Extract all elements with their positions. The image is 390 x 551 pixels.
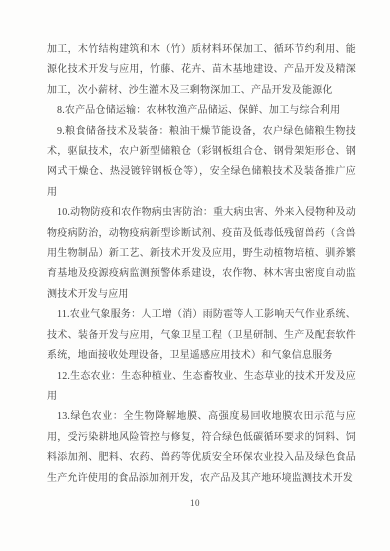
paragraph: 加工，木竹结构建筑和木（竹）质材料环保加工、循环节约利用、能源化技术开发与应用，… (47, 40, 356, 101)
paragraph: 13.绿色农业：全生物降解地膜、高强度易回收地膜农田示范与应用，受污染耕地风险管… (47, 407, 356, 489)
document-page: 加工，木竹结构建筑和木（竹）质材料环保加工、循环节约利用、能源化技术开发与应用，… (0, 0, 390, 551)
paragraph: 12.生态农业：生态种植业、生态畜牧业、生态草业的技术开发及应用 (47, 367, 356, 408)
paragraph: 8.农产品仓储运输：农林牧渔产品储运、保鲜、加工与综合利用 (47, 101, 356, 121)
paragraph: 9.粮食储备技术及装备：粮油干燥节能设备，农户绿色储粮生物技术，驱鼠技术，农户新… (47, 122, 356, 204)
page-number: 10 (0, 498, 390, 508)
paragraph: 11.农业气象服务：人工增（消）雨防雹等人工影响天气作业系统、技术、装备开发与应… (47, 305, 356, 366)
text-block: 加工，木竹结构建筑和木（竹）质材料环保加工、循环节约利用、能源化技术开发与应用，… (47, 40, 356, 489)
paragraph: 10.动物防疫和农作物病虫害防治：重大病虫害、外来入侵物种及动物疫病防治，动物疫… (47, 203, 356, 305)
